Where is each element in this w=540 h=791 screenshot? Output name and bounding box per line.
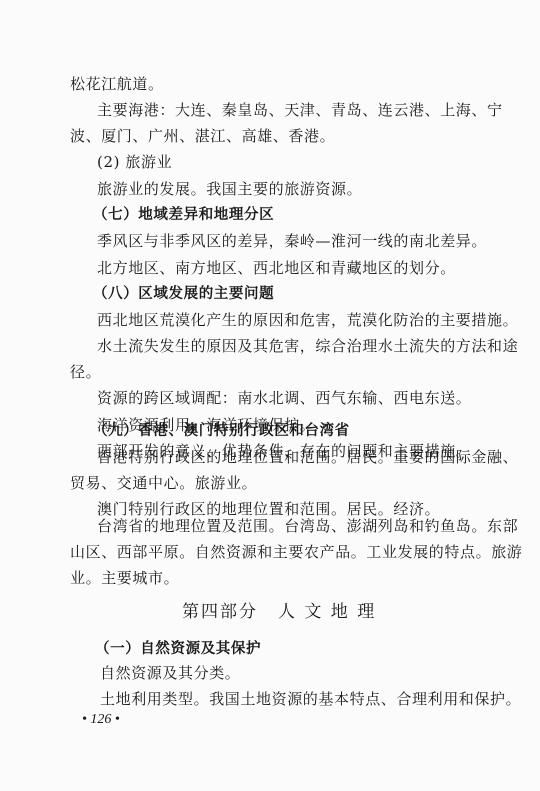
text-line: 旅游业的发展。我国主要的旅游资源。: [97, 180, 362, 198]
section-heading-7: （七）地域差异和地理分区: [93, 206, 274, 224]
text-line: 波、厦门、广州、湛江、高雄、香港。: [70, 127, 335, 145]
text-line: 北方地区、南方地区、西北地区和青藏地区的划分。: [97, 259, 456, 277]
part-title-name: 人 文 地 理: [278, 602, 376, 622]
subheading-tourism: (2) 旅游业: [97, 153, 172, 171]
text-line: 土地利用类型。我国土地资源的基本特点、合理利用和保护。: [100, 690, 521, 708]
text-line: 香港特别行政区的地理位置和范围。居民。重要的国际金融、: [97, 448, 518, 466]
text-line: 资源的跨区域调配：南水北调、西气东输、西电东送。: [97, 389, 471, 407]
text-line: 松花江航道。: [70, 75, 164, 93]
text-line: 主要海港：大连、秦皇岛、天津、青岛、连云港、上海、宁: [97, 101, 503, 119]
part-title-number: 第四部分: [182, 602, 258, 622]
text-line: 季风区与非季风区的差异，秦岭—淮河一线的南北差异。: [97, 232, 487, 250]
text-line: 山区、西部平原。自然资源和主要农产品。工业发展的特点。旅游: [70, 543, 522, 561]
text-line: 径。: [70, 363, 101, 381]
text-line: 自然资源及其分类。: [100, 664, 240, 682]
text-line: 水土流失发生的原因及其危害，综合治理水土流失的方法和途: [97, 337, 518, 355]
document-page: 松花江航道。 主要海港：大连、秦皇岛、天津、青岛、连云港、上海、宁 波、厦门、广…: [0, 0, 540, 791]
section-heading-8: （八）区域发展的主要问题: [93, 285, 274, 303]
part-title: 第四部分人 文 地 理: [182, 602, 376, 622]
section-heading-9: （九）香港、澳门特别行政区和台湾省: [93, 422, 350, 440]
page-number: • 126 •: [82, 712, 120, 728]
text-line: 业。主要城市。: [70, 569, 179, 587]
section-heading-1: （一）自然资源及其保护: [95, 640, 261, 658]
text-line: 澳门特别行政区的地理位置和范围。居民。经济。: [97, 500, 440, 518]
text-line: 台湾省的地理位置及范围。台湾岛、澎湖列岛和钓鱼岛。东部: [97, 517, 518, 535]
text-line: 贸易、交通中心。旅游业。: [70, 474, 257, 492]
text-line: 西北地区荒漠化产生的原因和危害，荒漠化防治的主要措施。: [97, 311, 518, 329]
